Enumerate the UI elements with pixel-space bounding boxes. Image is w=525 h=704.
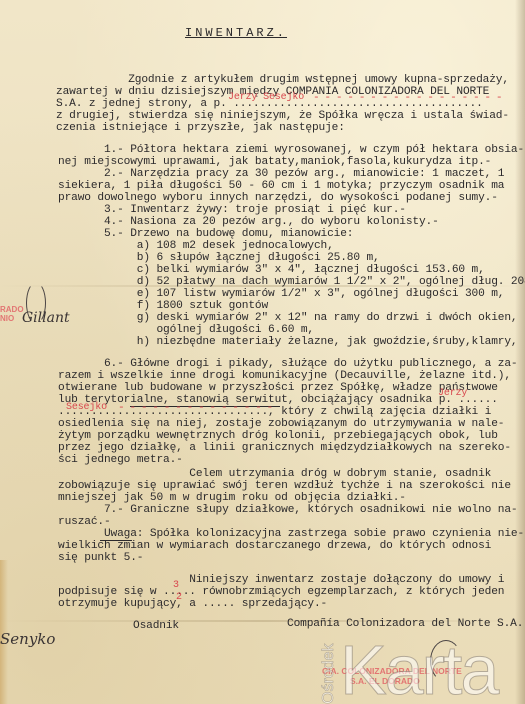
item6-line: mniejszej jak 50 m w drugim roku od obję…: [58, 492, 406, 504]
item6-line: razem i wszelkie inne drogi komunikacyjn…: [58, 370, 511, 382]
item-line: 3.- Inwentarz żywy: troje prosiąt i pięć…: [58, 204, 406, 216]
item6-line: 7.- Graniczne słupy działkowe, których o…: [58, 504, 517, 516]
red-copies-seller: 2: [176, 592, 182, 604]
paper-right-edge-shadow: [515, 0, 525, 704]
item6-line: wielkich zmian w wymiarach dostarczanego…: [58, 540, 491, 552]
intro-line: z drugiej, stwierdza się niniejszym, że …: [56, 110, 509, 122]
document-title: INWENTARZ.: [185, 26, 287, 40]
red-handwritten-last-name: Sesejko: [66, 402, 107, 414]
item6-line: zobowiązuje się uprawiać swój teren wzdł…: [58, 480, 511, 492]
closing-line: Niniejszy inwentarz zostaje dołączony do…: [58, 574, 504, 586]
item-line: a) 108 m2 desek jednocalowych,: [58, 240, 334, 252]
settler-signature: Senyko: [0, 630, 55, 648]
intro-line: czenia istniejące i przyszłe, jak następ…: [56, 122, 345, 134]
item-line: d) 52 płatwy na dach wymiarów 1 1/2" x 2…: [58, 276, 525, 288]
closing-line: otrzymuje kupujący, a ..... sprzedający.…: [58, 598, 327, 610]
item-line: h) niezbędne materiały żelazne, jak gwoź…: [58, 336, 517, 348]
item6-line: przez jego działkę, a linii granicznych …: [58, 442, 511, 454]
item6-line: osiedlenia się na niej, zostaje zobowiąz…: [58, 418, 504, 430]
margin-stamp: RADO NIO: [0, 305, 24, 323]
red-handwritten-name: Jerzy Sesejko: [228, 92, 304, 104]
item6-line: ści jednego metra.-: [58, 454, 183, 466]
margin-signature: Gillant: [22, 310, 70, 326]
item-line: f) 1800 sztuk gontów: [58, 300, 268, 312]
item-line: e) 107 listw wymiarów 1/2" x 3", ogólnej…: [58, 288, 504, 300]
margin-stamp-line: NIO: [0, 314, 24, 323]
item-line: 4.- Nasiona za 20 pezów arg., do wyboru …: [58, 216, 439, 228]
item-line: ogólnej długości 6.60 m,: [58, 324, 314, 336]
red-dashed-fill: - - - - - - - - - - - - - - - - -: [313, 92, 502, 104]
item6-line: Uwaga: Spółka kolonizacyjna zastrzega so…: [58, 528, 524, 540]
settler-label: Osadnik: [133, 620, 179, 632]
intro-line: Zgodnie z artykułem drugim wstępnej umow…: [56, 74, 509, 86]
archive-watermark-side: Ośrodek: [320, 644, 338, 704]
item-line: b) 6 słupów łącznej długości 25.80 m,: [58, 252, 380, 264]
item-line: siekiera, 1 piła długości 50 - 60 cm i 1…: [58, 180, 504, 192]
item6-line: żytym porządku wewnętrznych dróg kolonii…: [58, 430, 498, 442]
red-dashed-fill: - - - - - - - - - - - - - -: [118, 402, 272, 414]
item6-line: się punkt 5.-: [58, 552, 143, 564]
closing-line: podpisuje się w ..... równobrzmiących eg…: [58, 586, 504, 598]
item6-line: otwierane lub budowane w przyszłości prz…: [58, 382, 498, 394]
item6-line: Celem utrzymania dróg w dobrym stanie, o…: [58, 468, 491, 480]
item-line: g) deski wymiarów 2" x 12" na ramy do dr…: [58, 312, 517, 324]
item6-line: ruszać.-: [58, 516, 111, 528]
margin-stamp-line: RADO: [0, 305, 24, 314]
archive-watermark: Karta: [340, 640, 497, 700]
item-line: 5.- Drzewo na budowę domu, mianowicie:: [58, 228, 353, 240]
item-line: 2.- Narzędzia pracy za 30 pezów arg., mi…: [58, 168, 504, 180]
red-copies-total: 3: [173, 580, 179, 592]
company-label: Compañía Colonizadora del Norte S.A.: [287, 618, 523, 630]
item6-line: 6.- Główne drogi i pikady, służące do uż…: [58, 358, 517, 370]
item-line: prawo dowolnego wyboru innych narzędzi, …: [58, 192, 498, 204]
item-line: nej miejscowymi uprawami, jak batatу,man…: [58, 156, 491, 168]
red-handwritten-first-name: Jerzy: [438, 388, 467, 400]
item-line: c) belki wymiarów 3" x 4", łącznej długo…: [58, 264, 485, 276]
item-line: 1.- Półtora hektara ziemi wyrosowanej, w…: [58, 144, 524, 156]
